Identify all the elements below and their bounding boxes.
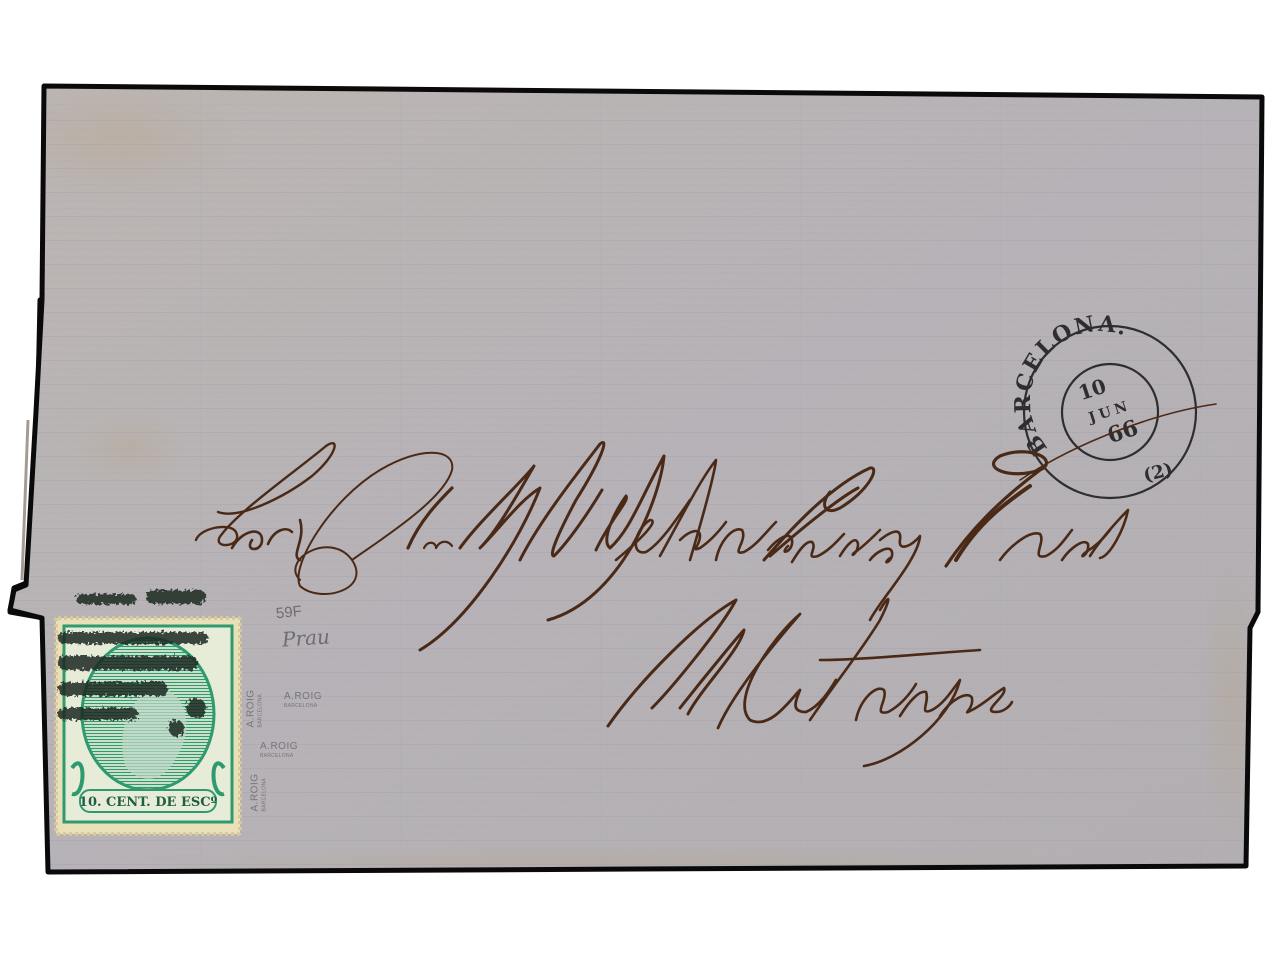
backstamp-roig-4: A.ROIGBARCELONA <box>251 773 268 811</box>
postage-stamp: 10. CENT. DE ESCº <box>56 590 240 834</box>
postal-cover-scene: BARCELONA. 10 JUN 66 (2) <box>0 0 1276 956</box>
pencil-signature: Prau <box>281 624 330 651</box>
backstamp-roig-1: A.ROIGBARCELONA <box>284 692 322 709</box>
backstamp-roig-2: A.ROIGBARCELONA <box>260 742 298 759</box>
backstamp-roig-3: A.ROIGBARCELONA <box>247 689 264 727</box>
stamp-denomination: 10. CENT. DE ESCº <box>79 795 218 810</box>
pencil-catalog-number: 59F <box>275 603 302 623</box>
